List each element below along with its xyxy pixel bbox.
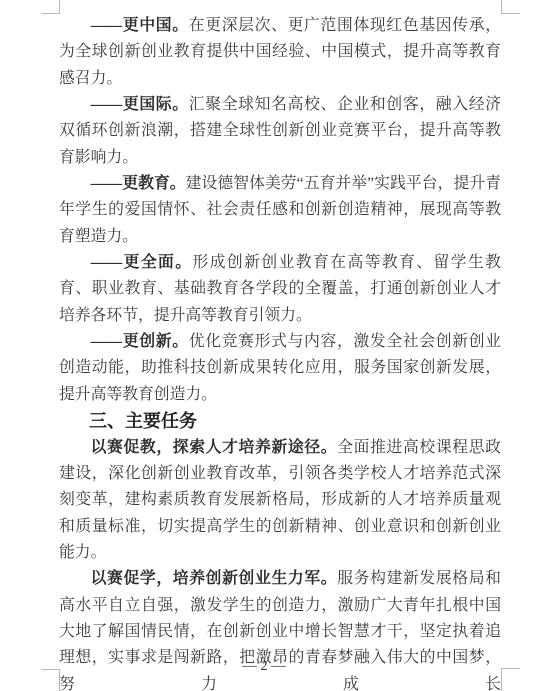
paragraph: ——更中国。在更深层次、更广范围体现红色基因传承，为全球创新创业教育提供中国经验… — [59, 13, 501, 92]
paragraph-lead: ——更教育。 — [91, 175, 186, 192]
crop-mark-top-left-icon — [41, 0, 60, 14]
crop-mark-top-right-icon — [501, 0, 520, 14]
document-body: ——更中国。在更深层次、更广范围体现红色基因传承，为全球创新创业教育提供中国经验… — [59, 13, 501, 691]
paragraph: 以赛促教，探索人才培养新途径。全面推进高校课程思政建设，深化创新创业教育改革，引… — [59, 435, 501, 567]
paragraph-text: 全面推进高校课程思政建设，深化创新创业教育改革，引领各类学校人才培养范式深刻变革… — [59, 439, 501, 561]
paragraph-lead: ——更中国。 — [91, 17, 189, 34]
section-heading: 三、主要任务 — [59, 408, 501, 434]
paragraph-lead: 以赛促教，探索人才培养新途径。 — [91, 439, 338, 456]
page-number: — 2 — — [0, 657, 540, 675]
paragraph-lead: ——更全面。 — [91, 254, 193, 271]
paragraph: ——更教育。建设德智体美劳“五育并举”实践平台，提升青年学生的爱国情怀、社会责任… — [59, 171, 501, 250]
paragraph: ——更创新。优化竞赛形式与内容，激发全社会创新创业创造动能，助推科技创新成果转化… — [59, 329, 501, 408]
paragraph-lead: ——更创新。 — [91, 333, 189, 350]
paragraph: ——更全面。形成创新创业教育在高等教育、留学生教育、职业教育、基础教育各学段的全… — [59, 250, 501, 329]
document-page: ——更中国。在更深层次、更广范围体现红色基因传承，为全球创新创业教育提供中国经验… — [0, 0, 552, 691]
paragraph-lead: 以赛促学，培养创新创业生力军。 — [91, 570, 338, 587]
paragraph-lead: ——更国际。 — [91, 96, 189, 113]
paragraph: ——更国际。汇聚全球知名高校、企业和创客，融入经济双循环创新浪潮，搭建全球性创新… — [59, 92, 501, 171]
